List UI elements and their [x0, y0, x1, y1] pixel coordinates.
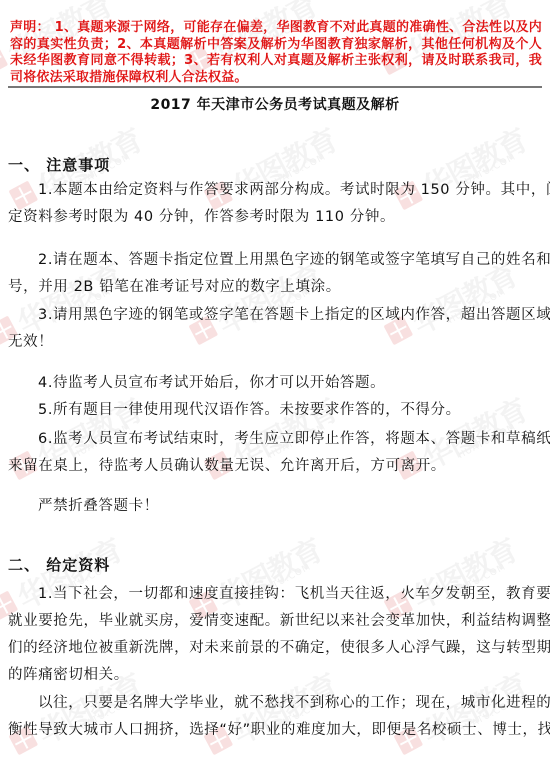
paragraph-line: 5.所有题目一律使用现代汉语作答。未按要求作答的，不得分。 [38, 398, 542, 419]
disclaimer-notice: 声明： 1、真题来源于网络，可能存在偏差，华图教育不对此真题的准确性、合法性以及… [10, 20, 542, 87]
paragraph-line: 4.待监考人员宣布考试开始后，你才可以开始答题。 [38, 371, 542, 392]
document-page: 声明： 1、真题来源于网络，可能存在偏差，华图教育不对此真题的准确性、合法性以及… [0, 0, 550, 770]
paragraph-line: 们的经济地位被重新洗牌，对未来前景的不确定，使很多人心浮气躁，这与转型期带来 [8, 636, 542, 657]
paragraph-line: 2.请在题本、答题卡指定位置上用黑色字迹的钢笔或签字笔填写自己的姓名和准考证 [38, 248, 542, 269]
paragraph-line: 6.监考人员宣布考试结束时，考生应立即停止作答，将题本、答题卡和草稿纸都翻过 [38, 427, 542, 448]
paragraph-line: 1.当下社会，一切都和速度直接挂钩：飞机当天往返，火车夕发朝至，教育要趁早， [38, 582, 542, 603]
paragraph-line: 无效！ [8, 330, 542, 351]
section-heading-materials: 二、 给定资料 [8, 554, 110, 575]
paragraph-line: 3.请用黑色字迹的钢笔或签字笔在答题卡上指定的区域内作答，超出答题区域的作答 [38, 303, 542, 324]
header-divider [8, 86, 542, 88]
paragraph-line: 号，并用 2B 铅笔在准考证号对应的数字上填涂。 [8, 275, 542, 296]
section-heading-notes: 一、 注意事项 [8, 154, 110, 175]
paragraph-line: 1.本题本由给定资料与作答要求两部分构成。考试时限为 150 分钟。其中，阅读给 [38, 178, 542, 199]
paragraph-line: 来留在桌上，待监考人员确认数量无误、允许离开后，方可离开。 [8, 454, 542, 475]
paragraph-line: 就业要抢先，毕业就买房，爱情变速配。新世纪以来社会变革加快，利益结构调整，人 [8, 609, 542, 630]
paragraph-line: 严禁折叠答题卡！ [38, 494, 542, 515]
paragraph-line: 衡性导致大城市人口拥挤，选择“好”职业的难度加大，即便是名校硕士、博士，找到 [8, 718, 542, 739]
paragraph-line: 定资料参考时限为 40 分钟，作答参考时限为 110 分钟。 [8, 205, 542, 226]
paragraph-line: 以往，只要是名牌大学毕业，就不愁找不到称心的工作；现在，城市化进程的不平 [38, 691, 542, 712]
paragraph-line: 的阵痛密切相关。 [8, 663, 542, 684]
document-title: 2017 年天津市公务员考试真题及解析 [0, 94, 550, 114]
